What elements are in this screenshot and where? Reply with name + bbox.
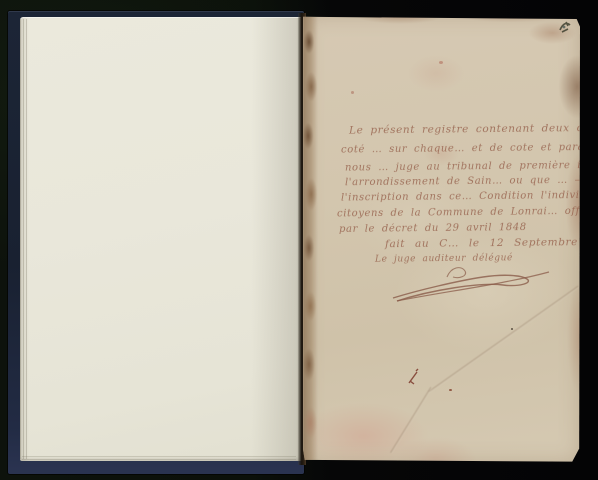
ink-speck [511, 328, 513, 330]
corner-ink-mark-icon [558, 19, 572, 35]
page-crease [390, 387, 432, 454]
ink-speck [351, 91, 354, 94]
page-stack-edges-left [20, 19, 27, 459]
red-scribble-icon [406, 368, 422, 386]
right-manuscript-page: Le présent registre contenant deux cent … [303, 15, 580, 463]
manuscript-line: Le présent registre contenant deux cent … [349, 122, 598, 136]
left-blank-page [20, 17, 302, 461]
page-stack-edges-bottom [22, 456, 296, 461]
manuscript-line: nous … juge au tribunal de première inst… [345, 159, 598, 173]
manuscript-line: fait au C… le 12 Septembre 1848 [385, 237, 598, 250]
manuscript-line: par le décret du 29 avril 1848 [339, 222, 527, 235]
book-scan: Le présent registre contenant deux cent … [0, 0, 598, 480]
signature-flourish [387, 259, 557, 307]
gutter-stain [303, 15, 318, 463]
ink-speck [439, 61, 443, 64]
manuscript-line: l'arrondissement de Sain… ou que … — [345, 175, 585, 189]
manuscript-line: citoyens de la Commune de Lonrai… offand… [337, 206, 598, 220]
manuscript-line: coté … sur chaque… et de cote et paraphé… [341, 141, 598, 155]
manuscript-line: l'inscription dans ce… Condition l'indiv… [341, 189, 598, 203]
ink-speck [449, 389, 452, 391]
